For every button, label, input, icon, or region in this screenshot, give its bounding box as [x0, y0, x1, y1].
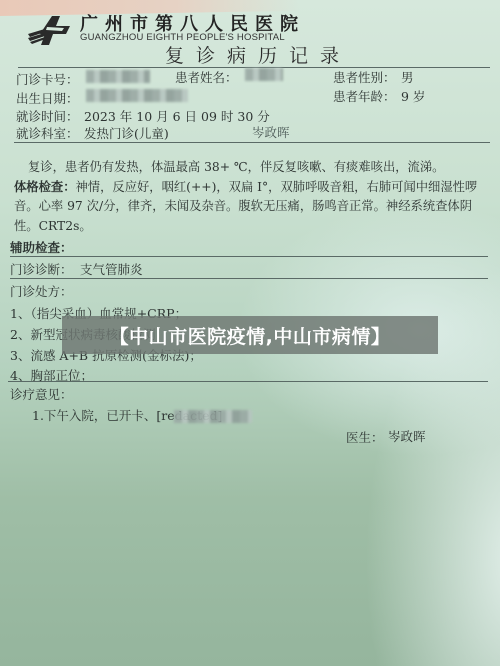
physical-exam-text: 神情，反应好，咽红(++)，双扁 I°，双肺呼吸音粗，右肺可闻中细湿性啰音。心率…: [14, 180, 477, 233]
patient-name-label: 患者姓名：: [175, 68, 238, 86]
birth-date-label: 出生日期：: [16, 89, 79, 107]
gender-value: 男: [401, 68, 414, 86]
complaint-text: 复诊，患者仍有发热，体温最高 38+ ℃，伴反复咳嗽、有痰难咳出，流涕。: [14, 158, 488, 178]
document-title: 复诊病历记录: [165, 41, 351, 68]
physical-exam-label: 体格检查：: [14, 180, 76, 194]
info-divider: [14, 142, 490, 143]
card-no-redacted: [86, 70, 150, 83]
hospital-cross-logo-icon: [26, 14, 74, 46]
prescription-divider: [8, 381, 488, 382]
attending-doctor: 岑政晖: [252, 123, 290, 141]
gender-label: 患者性别：: [333, 68, 396, 86]
diagnosis-value: 支气管肺炎: [80, 260, 143, 278]
diagnosis-divider: [10, 278, 488, 279]
diagnosis-label: 门诊诊断：: [10, 260, 73, 278]
visit-time-value: 2023 年 10 月 6 日 09 时 30 分: [84, 107, 270, 125]
age-label: 患者年龄：: [333, 87, 396, 105]
aux-exam-divider: [10, 256, 488, 257]
record-body: 复诊，患者仍有发热，体温最高 38+ ℃，伴反复咳嗽、有痰难咳出，流涕。 体格检…: [14, 158, 488, 236]
prescription-label: 门诊处方：: [10, 282, 73, 300]
patient-name-redacted: [245, 68, 283, 81]
signature-value: 岑政晖: [388, 427, 426, 445]
banner-text: 【中山市医院疫情,中山市病情】: [110, 322, 391, 349]
physical-exam: 体格检查：神情，反应好，咽红(++)，双扁 I°，双肺呼吸音粗，右肺可闻中细湿性…: [14, 178, 488, 237]
visit-time-label: 就诊时间：: [16, 107, 79, 125]
title-overlay-banner: 【中山市医院疫情,中山市病情】: [62, 316, 438, 354]
birth-date-redacted: [86, 89, 188, 102]
advice-redacted: [174, 410, 252, 423]
card-no-label: 门诊卡号：: [16, 70, 79, 88]
advice-label: 诊疗意见：: [10, 385, 73, 403]
age-value: 9 岁: [401, 87, 425, 105]
signature-label: 医生：: [346, 428, 384, 446]
department-value: 发热门诊(儿童): [84, 124, 169, 142]
department-label: 就诊科室：: [16, 124, 79, 142]
aux-exam-label: 辅助检查：: [10, 238, 73, 256]
